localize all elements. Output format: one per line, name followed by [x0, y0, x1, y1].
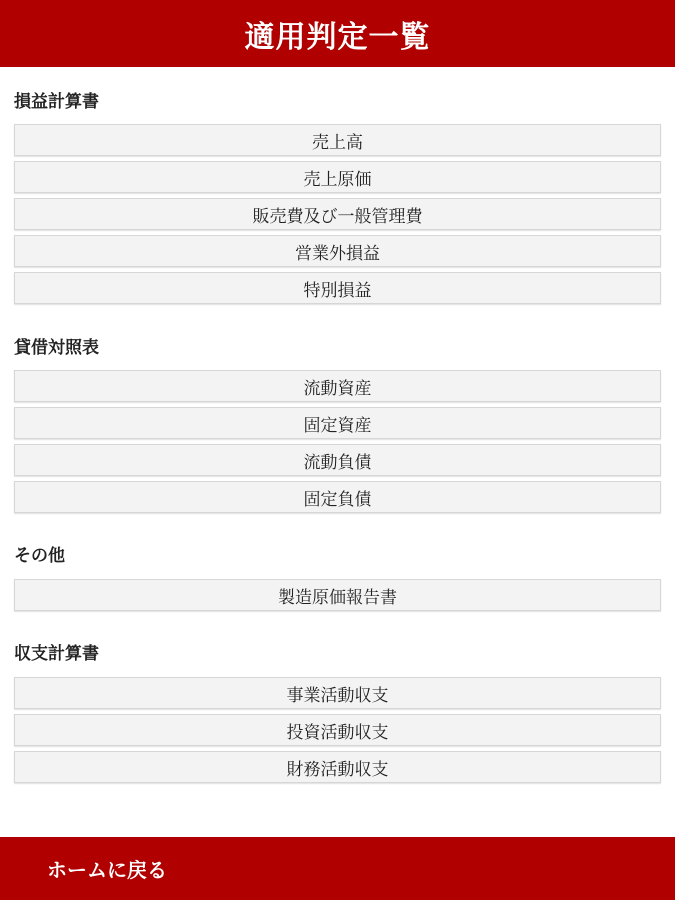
item-list: 製造原価報告書 — [0, 579, 675, 611]
item-sga-expenses[interactable]: 販売費及び一般管理費 — [14, 198, 661, 230]
item-manufacturing-cost-report[interactable]: 製造原価報告書 — [14, 579, 661, 611]
section-other: その他 製造原価報告書 — [0, 546, 675, 611]
item-fixed-assets[interactable]: 固定資産 — [14, 407, 661, 439]
item-fixed-liabilities[interactable]: 固定負債 — [14, 481, 661, 513]
section-title: 損益計算書 — [0, 92, 675, 112]
home-button-label: ホームに戻る — [47, 854, 167, 883]
item-list: 売上高 売上原価 販売費及び一般管理費 営業外損益 特別損益 — [0, 124, 675, 304]
item-current-liabilities[interactable]: 流動負債 — [14, 444, 661, 476]
home-button[interactable]: ホームに戻る — [0, 837, 675, 900]
section-title: 収支計算書 — [0, 644, 675, 664]
item-cost-of-sales[interactable]: 売上原価 — [14, 161, 661, 193]
section-income-statement: 損益計算書 売上高 売上原価 販売費及び一般管理費 営業外損益 特別損益 — [0, 92, 675, 304]
item-non-operating[interactable]: 営業外損益 — [14, 235, 661, 267]
item-operating-activities[interactable]: 事業活動収支 — [14, 677, 661, 709]
section-balance-sheet: 貸借対照表 流動資産 固定資産 流動負債 固定負債 — [0, 338, 675, 513]
section-title: 貸借対照表 — [0, 338, 675, 358]
item-list: 流動資産 固定資産 流動負債 固定負債 — [0, 370, 675, 513]
page-header: 適用判定一覧 — [0, 0, 675, 67]
item-current-assets[interactable]: 流動資産 — [14, 370, 661, 402]
item-financing-activities[interactable]: 財務活動収支 — [14, 751, 661, 783]
item-list: 事業活動収支 投資活動収支 財務活動収支 — [0, 677, 675, 783]
page-title: 適用判定一覧 — [245, 12, 431, 56]
section-cash-flow: 収支計算書 事業活動収支 投資活動収支 財務活動収支 — [0, 644, 675, 783]
section-title: その他 — [0, 546, 675, 566]
item-investing-activities[interactable]: 投資活動収支 — [14, 714, 661, 746]
item-sales[interactable]: 売上高 — [14, 124, 661, 156]
item-extraordinary[interactable]: 特別損益 — [14, 272, 661, 304]
